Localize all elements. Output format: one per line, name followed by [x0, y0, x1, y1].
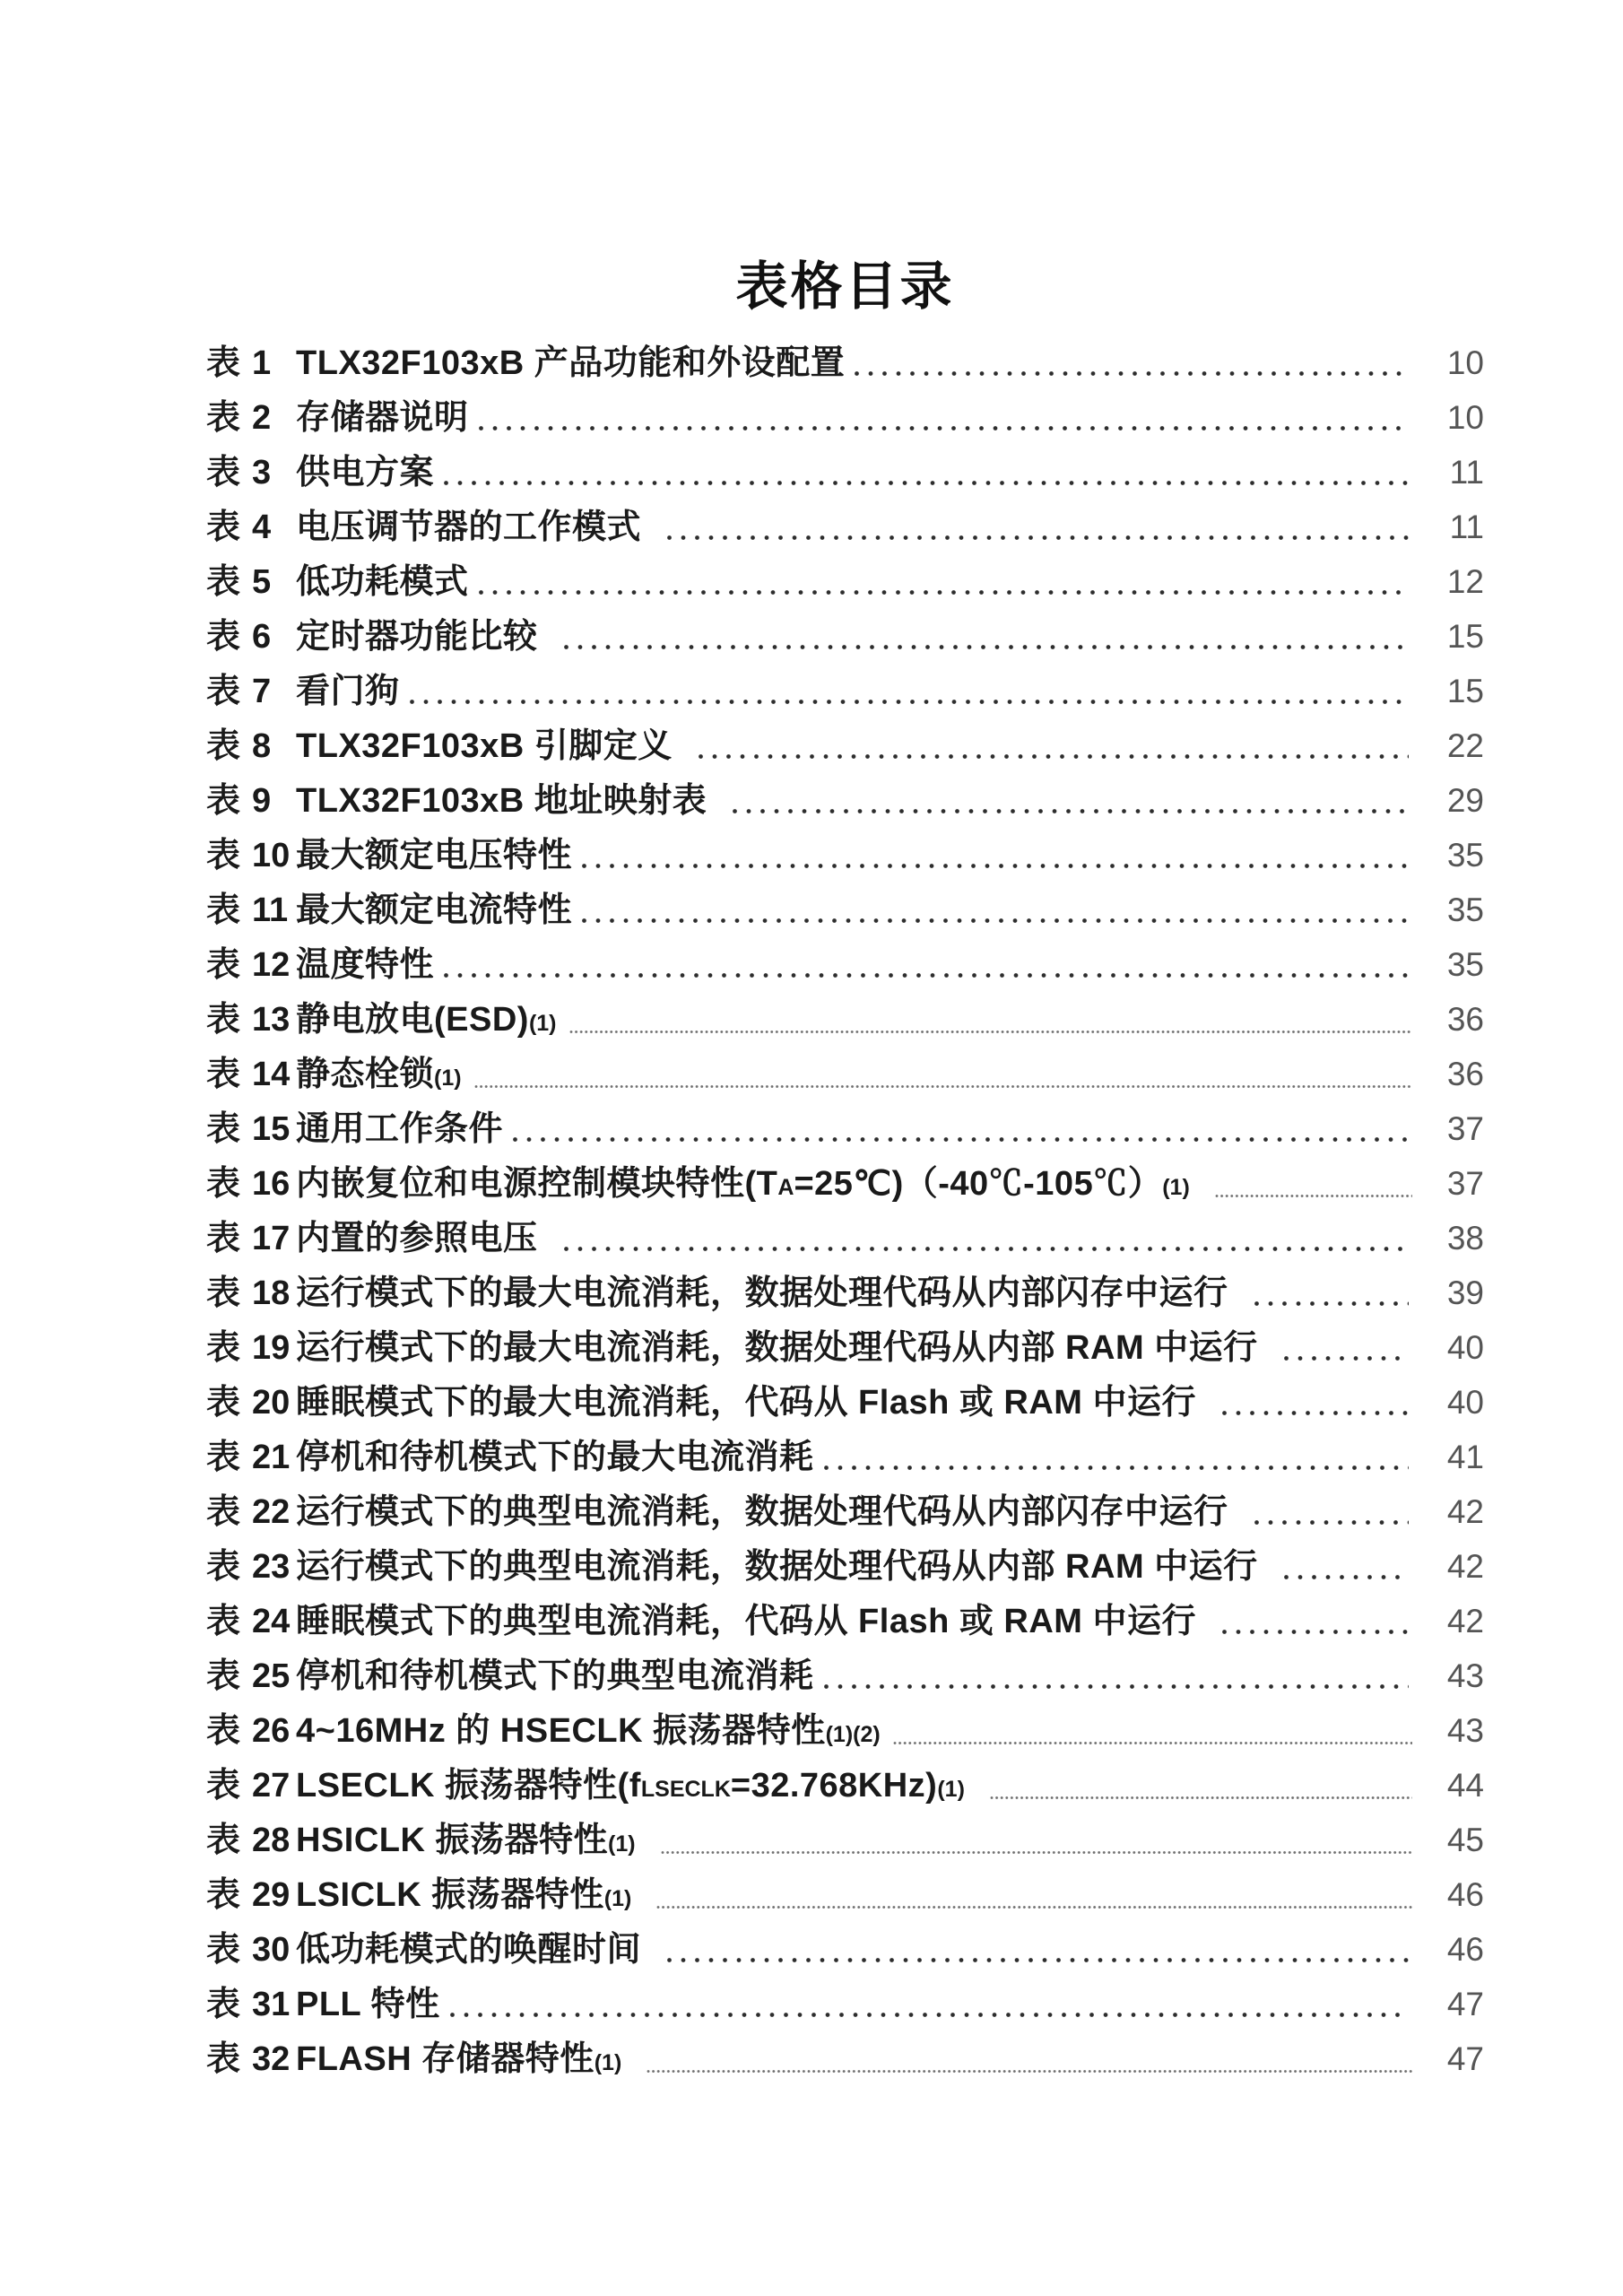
toc-row: 表1TLX32F103xB 产品功能和外设配置10 [206, 335, 1484, 390]
toc-entry-label-prefix: 表 [206, 1605, 240, 1639]
toc-entry-number: 12 [252, 948, 290, 982]
dot-leader [661, 1849, 1412, 1856]
dot-leader [443, 480, 1409, 486]
toc-entry-label: 表9 [206, 784, 296, 818]
toc-entry-title: LSICLK 振荡器特性(1) [296, 1878, 631, 1912]
toc-entry-number: 6 [252, 620, 271, 654]
toc-row: 表25停机和待机模式下的典型电流消耗43 [206, 1648, 1484, 1703]
toc-entry-title-subscript: LSECLK [641, 1777, 731, 1802]
dot-leader [563, 644, 1409, 650]
dot-leader [1221, 1629, 1409, 1635]
toc-entry-label: 表26 [206, 1714, 296, 1748]
toc-entry-label-prefix: 表 [206, 674, 240, 709]
toc-entry-title-text: 通用工作条件 [296, 1110, 503, 1148]
toc-entry-title: TLX32F103xB 引脚定义 [296, 729, 673, 763]
toc-entry-title-text: 最大额定电流特性 [296, 891, 572, 929]
page-number: 42 [1421, 1495, 1484, 1528]
page-number: 46 [1421, 1933, 1484, 1966]
toc-entry-label: 表10 [206, 839, 296, 873]
toc-entry-title-text: 低功耗模式的唤醒时间 [296, 1931, 641, 1969]
dot-leader [666, 1957, 1409, 1963]
toc-entry-title: 停机和待机模式下的典型电流消耗 [296, 1659, 814, 1693]
toc-entry-label-prefix: 表 [206, 1769, 240, 1803]
toc-entry-title: 内嵌复位和电源控制模块特性(TA=25℃)（-40℃-105℃）(1) [296, 1167, 1190, 1201]
toc-entry-number: 24 [252, 1605, 290, 1639]
toc-entry-label: 表4 [206, 510, 296, 544]
toc-entry-title-text: 温度特性 [296, 946, 434, 984]
toc-row: 表22运行模式下的典型电流消耗，数据处理代码从内部闪存中运行42 [206, 1484, 1484, 1539]
toc-entry-title: 运行模式下的最大电流消耗，数据处理代码从内部 RAM 中运行 [296, 1331, 1258, 1365]
toc-entry-label: 表16 [206, 1167, 296, 1201]
toc-entry-label: 表1 [206, 346, 296, 380]
toc-entry-label-prefix: 表 [206, 1823, 240, 1857]
page-number: 46 [1421, 1878, 1484, 1911]
dot-leader [478, 589, 1409, 596]
toc-entry-title-text: 运行模式下的典型电流消耗，数据处理代码从内部 RAM 中运行 [296, 1548, 1258, 1586]
toc-entry-label-prefix: 表 [206, 1167, 240, 1201]
toc-entry-label-prefix: 表 [206, 1386, 240, 1420]
toc-entry-label: 表17 [206, 1222, 296, 1256]
toc-entry-label-prefix: 表 [206, 893, 240, 927]
toc-entry-label: 表12 [206, 948, 296, 982]
toc-entry-number: 14 [252, 1057, 290, 1091]
toc-entry-title-text: 停机和待机模式下的典型电流消耗 [296, 1657, 814, 1695]
toc-entry-label-prefix: 表 [206, 1276, 240, 1310]
toc-entry-label: 表23 [206, 1550, 296, 1584]
toc-entry-title-text: 静电放电(ESD) [296, 1001, 529, 1039]
toc-entry-title: TLX32F103xB 产品功能和外设配置 [296, 346, 845, 380]
toc-entry-title-subscript: (1) [937, 1777, 965, 1802]
page-number: 22 [1421, 729, 1484, 762]
page-number: 44 [1421, 1769, 1484, 1802]
dot-leader [666, 535, 1409, 541]
toc-entry-label: 表19 [206, 1331, 296, 1365]
toc-entry-number: 1 [252, 346, 271, 380]
toc-entry-title-text: 供电方案 [296, 454, 434, 491]
toc-entry-label-prefix: 表 [206, 1222, 240, 1256]
toc-entry-label: 表7 [206, 674, 296, 709]
toc-entry-label: 表5 [206, 565, 296, 599]
toc-entry-number: 9 [252, 784, 271, 818]
toc-entry-label-prefix: 表 [206, 1057, 240, 1091]
dot-leader [474, 1083, 1412, 1090]
dot-leader [823, 1465, 1409, 1471]
toc-entry-title-text: LSECLK 振荡器特性(f [296, 1767, 641, 1805]
page-number: 47 [1421, 2042, 1484, 2075]
dot-leader [1254, 1300, 1409, 1307]
toc-row: 表2存储器说明10 [206, 390, 1484, 445]
dot-leader [569, 1029, 1412, 1035]
dot-leader [647, 2068, 1412, 2074]
toc-entry-title: PLL 特性 [296, 1987, 440, 2022]
dot-leader [478, 425, 1409, 431]
toc-entry-label: 表22 [206, 1495, 296, 1529]
page-number: 42 [1421, 1550, 1484, 1583]
dot-leader [990, 1795, 1412, 1801]
page-number: 40 [1421, 1331, 1484, 1364]
toc-entry-label-prefix: 表 [206, 565, 240, 599]
dot-leader [512, 1136, 1409, 1143]
toc-entry-number: 31 [252, 1987, 290, 2022]
dot-leader [1221, 1410, 1409, 1416]
page-number: 11 [1421, 456, 1484, 489]
toc-entry-label-prefix: 表 [206, 1550, 240, 1584]
toc-entry-label: 表18 [206, 1276, 296, 1310]
dot-leader [823, 1683, 1409, 1690]
toc-entry-number: 20 [252, 1386, 290, 1420]
toc-entry-label: 表31 [206, 1987, 296, 2022]
dot-leader [1254, 1519, 1409, 1526]
toc-entry-title-subscript: (1) [608, 1831, 636, 1857]
page-number: 42 [1421, 1605, 1484, 1638]
toc-entry-label: 表8 [206, 729, 296, 763]
toc-entry-title-text: 内嵌复位和电源控制模块特性(T [296, 1165, 777, 1203]
toc-entry-title: HSICLK 振荡器特性(1) [296, 1823, 636, 1857]
toc-entry-title-text: 静态栓锁 [296, 1056, 434, 1093]
toc-entry-label: 表20 [206, 1386, 296, 1420]
toc-entry-label-prefix: 表 [206, 839, 240, 873]
dot-leader [581, 863, 1409, 869]
toc-entry-label-prefix: 表 [206, 1495, 240, 1529]
toc-entry-number: 25 [252, 1659, 290, 1693]
toc-entry-title: 睡眠模式下的典型电流消耗，代码从 Flash 或 RAM 中运行 [296, 1605, 1196, 1639]
toc-row: 表15通用工作条件37 [206, 1101, 1484, 1156]
toc-entry-label-prefix: 表 [206, 510, 240, 544]
dot-leader [443, 972, 1409, 978]
dot-leader [1283, 1574, 1409, 1580]
toc-entry-title: TLX32F103xB 地址映射表 [296, 784, 707, 818]
toc-entry-title: 低功耗模式 [296, 565, 469, 599]
toc-entry-title: 4~16MHz 的 HSECLK 振荡器特性(1)(2) [296, 1714, 881, 1748]
toc-row: 表27LSECLK 振荡器特性(fLSECLK=32.768KHz)(1)44 [206, 1758, 1484, 1813]
toc-entry-title: 内置的参照电压 [296, 1222, 538, 1256]
toc-entry-title: 停机和待机模式下的最大电流消耗 [296, 1440, 814, 1474]
dot-leader [854, 370, 1409, 377]
toc-entry-label-prefix: 表 [206, 1878, 240, 1912]
toc-entry-label: 表11 [206, 893, 296, 927]
toc-row: 表30低功耗模式的唤醒时间46 [206, 1922, 1484, 1977]
toc-entry-label-prefix: 表 [206, 620, 240, 654]
toc-row: 表9TLX32F103xB 地址映射表29 [206, 773, 1484, 828]
toc-entry-number: 11 [252, 893, 288, 927]
toc-entry-label: 表15 [206, 1112, 296, 1146]
toc-entry-title: 最大额定电压特性 [296, 839, 572, 873]
toc-entry-label: 表24 [206, 1605, 296, 1639]
page-number: 35 [1421, 893, 1484, 926]
toc-entry-number: 17 [252, 1222, 290, 1256]
toc-row: 表17内置的参照电压38 [206, 1211, 1484, 1265]
toc-entry-label-prefix: 表 [206, 729, 240, 763]
toc-row: 表18运行模式下的最大电流消耗，数据处理代码从内部闪存中运行39 [206, 1265, 1484, 1320]
toc-entry-title: 存储器说明 [296, 401, 469, 435]
toc-entry-label-prefix: 表 [206, 784, 240, 818]
toc-entry-label: 表27 [206, 1769, 296, 1803]
toc-entry-title-text: 电压调节器的工作模式 [296, 509, 641, 546]
page-number: 40 [1421, 1386, 1484, 1419]
toc-row: 表32FLASH 存储器特性(1)47 [206, 2031, 1484, 2086]
page-number: 37 [1421, 1167, 1484, 1200]
toc-entry-title: 运行模式下的典型电流消耗，数据处理代码从内部闪存中运行 [296, 1495, 1228, 1529]
toc-entry-number: 16 [252, 1167, 290, 1201]
toc-entry-label: 表14 [206, 1057, 296, 1091]
toc-entry-title-text: 存储器说明 [296, 399, 469, 437]
toc-entry-title-subscript: (1) [434, 1065, 462, 1091]
dot-leader [893, 1740, 1412, 1746]
toc-entry-label-prefix: 表 [206, 1714, 240, 1748]
toc-entry-label: 表6 [206, 620, 296, 654]
toc-entry-title-text: TLX32F103xB 引脚定义 [296, 727, 673, 765]
page-number: 10 [1421, 401, 1484, 434]
toc-row: 表11最大额定电流特性35 [206, 883, 1484, 937]
toc-row: 表19运行模式下的最大电流消耗，数据处理代码从内部 RAM 中运行40 [206, 1320, 1484, 1375]
toc-entry-label: 表13 [206, 1003, 296, 1037]
page-number: 47 [1421, 1987, 1484, 2021]
toc-entry-number: 27 [252, 1769, 290, 1803]
toc-entry-number: 5 [252, 565, 271, 599]
toc-entry-title: 通用工作条件 [296, 1112, 503, 1146]
toc-entry-title-text: =25℃)（-40℃-105℃） [794, 1165, 1162, 1203]
dot-leader [581, 918, 1409, 924]
toc-entry-label-prefix: 表 [206, 401, 240, 435]
toc-row: 表14静态栓锁(1)36 [206, 1047, 1484, 1101]
toc-row: 表29LSICLK 振荡器特性(1)46 [206, 1867, 1484, 1922]
page-number: 38 [1421, 1222, 1484, 1255]
document-page: 表格目录 表1TLX32F103xB 产品功能和外设配置10表2存储器说明10表… [0, 0, 1623, 2296]
page-number: 10 [1421, 346, 1484, 379]
toc-entry-label: 表21 [206, 1440, 296, 1474]
toc-entry-number: 15 [252, 1112, 290, 1146]
toc-entry-label: 表25 [206, 1659, 296, 1693]
toc-row: 表10最大额定电压特性35 [206, 828, 1484, 883]
toc-entry-title-text: 看门狗 [296, 673, 400, 710]
toc-row: 表20睡眠模式下的最大电流消耗，代码从 Flash 或 RAM 中运行40 [206, 1375, 1484, 1430]
page-number: 39 [1421, 1276, 1484, 1309]
toc-entry-title-text: 运行模式下的最大电流消耗，数据处理代码从内部 RAM 中运行 [296, 1329, 1258, 1367]
toc-entry-title: 运行模式下的典型电流消耗，数据处理代码从内部 RAM 中运行 [296, 1550, 1258, 1584]
toc-entry-label: 表2 [206, 401, 296, 435]
toc-row: 表13静电放电(ESD)(1)36 [206, 992, 1484, 1047]
toc-entry-title-text: 内置的参照电压 [296, 1220, 538, 1257]
toc-entry-label-prefix: 表 [206, 1112, 240, 1146]
toc-entry-number: 2 [252, 401, 271, 435]
toc-row: 表7看门狗15 [206, 664, 1484, 718]
toc-entry-label: 表32 [206, 2042, 296, 2076]
toc-entry-label-prefix: 表 [206, 346, 240, 380]
toc-entry-number: 32 [252, 2042, 290, 2076]
toc-entry-number: 7 [252, 674, 271, 709]
dot-leader [409, 699, 1409, 705]
toc-entry-title: 静态栓锁(1) [296, 1057, 462, 1091]
toc-entry-title-subscript: (1) [529, 1011, 557, 1036]
toc-row: 表28HSICLK 振荡器特性(1)45 [206, 1813, 1484, 1867]
toc-entry-title-text: TLX32F103xB 地址映射表 [296, 782, 707, 820]
toc-row: 表6定时器功能比较15 [206, 609, 1484, 664]
toc-entry-number: 4 [252, 510, 271, 544]
toc-entry-number: 23 [252, 1550, 290, 1584]
toc-entry-title: FLASH 存储器特性(1) [296, 2042, 621, 2076]
toc-entry-number: 21 [252, 1440, 290, 1474]
toc-row: 表24睡眠模式下的典型电流消耗，代码从 Flash 或 RAM 中运行42 [206, 1594, 1484, 1648]
dot-leader [563, 1246, 1409, 1252]
toc-entry-number: 3 [252, 456, 271, 490]
toc-entry-label-prefix: 表 [206, 1933, 240, 1967]
dot-leader [698, 753, 1409, 760]
toc-entry-title: 定时器功能比较 [296, 620, 538, 654]
page-number: 11 [1421, 510, 1484, 544]
page-title: 表格目录 [206, 258, 1484, 316]
page-number: 12 [1421, 565, 1484, 598]
toc-entry-title-text: PLL 特性 [296, 1986, 440, 2023]
toc-row: 表8TLX32F103xB 引脚定义22 [206, 718, 1484, 773]
toc-entry-title-text: 定时器功能比较 [296, 618, 538, 656]
toc-entry-title-text: LSICLK 振荡器特性 [296, 1876, 604, 1914]
toc-entry-label-prefix: 表 [206, 1659, 240, 1693]
page-number: 15 [1421, 674, 1484, 708]
page-number: 36 [1421, 1057, 1484, 1091]
toc-entry-label-prefix: 表 [206, 1331, 240, 1365]
page-number: 37 [1421, 1112, 1484, 1145]
toc-entry-title-text: 4~16MHz 的 HSECLK 振荡器特性 [296, 1712, 826, 1750]
toc-entry-number: 30 [252, 1933, 290, 1967]
toc-entry-number: 26 [252, 1714, 290, 1748]
toc-entry-title-subscript: (1) [1162, 1175, 1190, 1200]
toc-entry-title: 看门狗 [296, 674, 400, 709]
dot-leader [1215, 1193, 1412, 1199]
table-of-contents: 表1TLX32F103xB 产品功能和外设配置10表2存储器说明10表3供电方案… [206, 335, 1484, 2086]
toc-row: 表5低功耗模式12 [206, 554, 1484, 609]
dot-leader [656, 1904, 1412, 1910]
toc-entry-number: 19 [252, 1331, 290, 1365]
toc-entry-title-subscript: (1)(2) [826, 1722, 881, 1747]
toc-row: 表23运行模式下的典型电流消耗，数据处理代码从内部 RAM 中运行42 [206, 1539, 1484, 1594]
toc-entry-label: 表30 [206, 1933, 296, 1967]
toc-entry-title: LSECLK 振荡器特性(fLSECLK=32.768KHz)(1) [296, 1769, 965, 1803]
toc-entry-label: 表29 [206, 1878, 296, 1912]
toc-entry-label-prefix: 表 [206, 2042, 240, 2076]
toc-entry-title: 低功耗模式的唤醒时间 [296, 1933, 641, 1967]
toc-entry-label-prefix: 表 [206, 1003, 240, 1037]
toc-entry-title: 静电放电(ESD)(1) [296, 1003, 557, 1037]
toc-row: 表16内嵌复位和电源控制模块特性(TA=25℃)（-40℃-105℃）(1)37 [206, 1156, 1484, 1211]
toc-entry-number: 22 [252, 1495, 290, 1529]
page-number: 36 [1421, 1003, 1484, 1036]
toc-entry-title-subscript: A [777, 1175, 794, 1200]
toc-row: 表31PLL 特性47 [206, 1977, 1484, 2031]
page-number: 29 [1421, 784, 1484, 817]
toc-entry-title-text: 睡眠模式下的最大电流消耗，代码从 Flash 或 RAM 中运行 [296, 1384, 1196, 1422]
toc-entry-title-text: FLASH 存储器特性 [296, 2040, 595, 2078]
toc-entry-title-text: HSICLK 振荡器特性 [296, 1822, 608, 1859]
toc-entry-number: 28 [252, 1823, 290, 1857]
toc-entry-title: 电压调节器的工作模式 [296, 510, 641, 544]
toc-row: 表4电压调节器的工作模式11 [206, 500, 1484, 554]
toc-entry-number: 8 [252, 729, 271, 763]
toc-entry-title-subscript: (1) [604, 1886, 632, 1911]
dot-leader [732, 808, 1409, 814]
toc-entry-title: 温度特性 [296, 948, 434, 982]
toc-entry-title-text: 运行模式下的最大电流消耗，数据处理代码从内部闪存中运行 [296, 1274, 1228, 1312]
toc-entry-title-text: 运行模式下的典型电流消耗，数据处理代码从内部闪存中运行 [296, 1493, 1228, 1531]
toc-entry-title: 睡眠模式下的最大电流消耗，代码从 Flash 或 RAM 中运行 [296, 1386, 1196, 1420]
dot-leader [1283, 1355, 1409, 1361]
toc-row: 表21停机和待机模式下的最大电流消耗41 [206, 1430, 1484, 1484]
toc-entry-title-text: =32.768KHz) [731, 1767, 937, 1805]
page-number: 43 [1421, 1659, 1484, 1692]
toc-entry-label: 表3 [206, 456, 296, 490]
toc-entry-label-prefix: 表 [206, 1440, 240, 1474]
dot-leader [449, 2012, 1409, 2018]
page-number: 35 [1421, 839, 1484, 872]
toc-entry-title-text: 最大额定电压特性 [296, 837, 572, 874]
toc-entry-title-text: 低功耗模式 [296, 563, 469, 601]
toc-row: 表3供电方案11 [206, 445, 1484, 500]
toc-row: 表12温度特性35 [206, 937, 1484, 992]
toc-entry-number: 29 [252, 1878, 290, 1912]
toc-entry-number: 13 [252, 1003, 290, 1037]
page-number: 45 [1421, 1823, 1484, 1857]
page-number: 35 [1421, 948, 1484, 981]
toc-entry-number: 18 [252, 1276, 290, 1310]
page-number: 41 [1421, 1440, 1484, 1474]
toc-row: 表264~16MHz 的 HSECLK 振荡器特性(1)(2)43 [206, 1703, 1484, 1758]
toc-entry-label-prefix: 表 [206, 456, 240, 490]
page-number: 43 [1421, 1714, 1484, 1747]
toc-entry-label-prefix: 表 [206, 948, 240, 982]
toc-entry-number: 10 [252, 839, 290, 873]
toc-entry-label: 表28 [206, 1823, 296, 1857]
toc-entry-label-prefix: 表 [206, 1987, 240, 2022]
toc-entry-title-text: TLX32F103xB 产品功能和外设配置 [296, 344, 845, 382]
toc-entry-title: 最大额定电流特性 [296, 893, 572, 927]
toc-entry-title-text: 停机和待机模式下的最大电流消耗 [296, 1439, 814, 1476]
page-number: 15 [1421, 620, 1484, 653]
toc-entry-title-subscript: (1) [595, 2050, 622, 2075]
toc-entry-title-text: 睡眠模式下的典型电流消耗，代码从 Flash 或 RAM 中运行 [296, 1603, 1196, 1640]
toc-entry-title: 供电方案 [296, 456, 434, 490]
toc-entry-title: 运行模式下的最大电流消耗，数据处理代码从内部闪存中运行 [296, 1276, 1228, 1310]
